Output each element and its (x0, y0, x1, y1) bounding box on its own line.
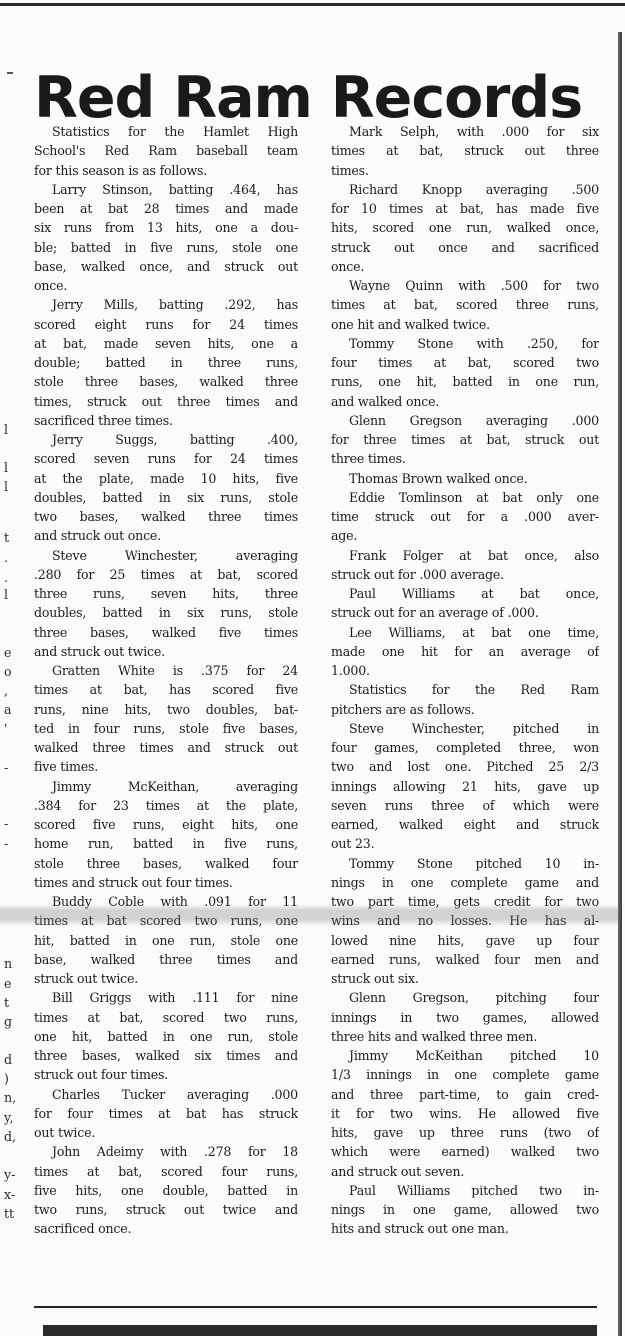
text-line: Paul Williams pitched two in- (331, 1181, 599, 1200)
text-line: .384 for 23 times at the plate, (34, 796, 298, 815)
edge-fragment: e (4, 643, 11, 662)
edge-fragment: ' (4, 719, 7, 738)
text-line: two runs, struck out twice and (34, 1200, 298, 1219)
text-line: struck out for an average of .000. (331, 603, 599, 622)
paragraph: Tommy Stone with .250, forfour times at … (331, 334, 599, 411)
edge-fragment: d, (4, 1127, 16, 1146)
text-line: and struck out seven. (331, 1162, 599, 1181)
paragraph: Frank Folger at bat once, alsostruck out… (331, 546, 599, 585)
text-line: Charles Tucker averaging .000 (34, 1085, 298, 1104)
text-line: struck out for .000 average. (331, 565, 599, 584)
edge-fragment: n, (4, 1088, 16, 1107)
text-line: times at bat, scored two runs, (34, 1008, 298, 1027)
text-line: one hit, batted in one run, stole (34, 1027, 298, 1046)
paragraph: Statistics for the Hamlet HighSchool's R… (34, 122, 298, 180)
text-line: base, walked once, and struck out (34, 257, 298, 276)
text-line: walked three times and struck out (34, 738, 298, 757)
text-line: out 23. (331, 834, 599, 853)
text-line: times, struck out three times and (34, 392, 298, 411)
text-line: sacrificed three times. (34, 411, 298, 430)
text-line: at the plate, made 10 hits, five (34, 469, 298, 488)
text-line: runs, nine hits, two doubles, bat- (34, 700, 298, 719)
text-line: earned, walked eight and struck (331, 815, 599, 834)
text-line: lowed nine hits, gave up four (331, 931, 599, 950)
edge-fragment: - (4, 758, 8, 777)
text-line: hits, scored one run, walked once, (331, 218, 599, 237)
edge-fragment: tt (4, 1204, 14, 1223)
text-line: out twice. (34, 1123, 298, 1142)
text-line: Paul Williams at bat once, (331, 584, 599, 603)
paragraph: Tommy Stone pitched 10 in-nings in one c… (331, 854, 599, 989)
text-line: for 10 times at bat, has made five (331, 199, 599, 218)
text-line: John Adeimy with .278 for 18 (34, 1142, 298, 1161)
paragraph: Thomas Brown walked once. (331, 469, 599, 488)
text-line: one hit and walked twice. (331, 315, 599, 334)
text-line: nings in one game, allowed two (331, 1200, 599, 1219)
text-line: three runs, seven hits, three (34, 584, 298, 603)
text-line: wins and no losses. He has al- (331, 911, 599, 930)
text-line: Statistics for the Hamlet High (34, 122, 298, 141)
paragraph: John Adeimy with .278 for 18times at bat… (34, 1142, 298, 1238)
text-line: four times at bat, scored two (331, 353, 599, 372)
edge-fragment: - (4, 834, 8, 853)
text-line: Jimmy McKeithan pitched 10 (331, 1046, 599, 1065)
text-line: Steve Winchester, pitched in (331, 719, 599, 738)
text-line: Steve Winchester, averaging (34, 546, 298, 565)
text-line: Richard Knopp averaging .500 (331, 180, 599, 199)
text-line: Jerry Mills, batting .292, has (34, 295, 298, 314)
text-line: Frank Folger at bat once, also (331, 546, 599, 565)
text-line: home run, batted in five runs, (34, 834, 298, 853)
text-line: hit, batted in one run, stole one (34, 931, 298, 950)
text-line: for three times at bat, struck out (331, 430, 599, 449)
text-line: for four times at bat has struck (34, 1104, 298, 1123)
edge-fragment: l (4, 585, 8, 604)
text-line: Mark Selph, with .000 for six (331, 122, 599, 141)
text-line: three bases, walked six times and (34, 1046, 298, 1065)
text-line: once. (331, 257, 599, 276)
text-line: sacrificed once. (34, 1219, 298, 1238)
edge-fragment: . (4, 548, 8, 567)
text-line: Statistics for the Red Ram (331, 680, 599, 699)
text-line: nings in one complete game and (331, 873, 599, 892)
column-divider-rule (618, 32, 622, 1336)
edge-fragment: l (4, 420, 8, 439)
edge-fragment: x- (4, 1185, 15, 1204)
paragraph: Charles Tucker averaging .000for four ti… (34, 1085, 298, 1143)
text-line: ble; batted in five runs, stole one (34, 238, 298, 257)
text-line: Glenn Gregson, pitching four (331, 988, 599, 1007)
text-line: for this season is as follows. (34, 161, 298, 180)
text-line: School's Red Ram baseball team (34, 141, 298, 160)
edge-fragment: a (4, 700, 12, 719)
text-line: doubles, batted in six runs, stole (34, 488, 298, 507)
edge-fragment: t (4, 993, 9, 1012)
paragraph: Larry Stinson, batting .464, hasbeen at … (34, 180, 298, 296)
paragraph: Lee Williams, at bat one time,made one h… (331, 623, 599, 681)
text-line: Wayne Quinn with .500 for two (331, 276, 599, 295)
edge-fragment: g (4, 1012, 12, 1031)
text-line: three bases, walked five times (34, 623, 298, 642)
edge-fragment: - (4, 814, 8, 833)
edge-fragment: , (4, 681, 8, 700)
text-line: times. (331, 161, 599, 180)
text-line: age. (331, 526, 599, 545)
edge-fragment: e (4, 974, 11, 993)
text-line: earned runs, walked four men and (331, 950, 599, 969)
text-line: three hits and walked three men. (331, 1027, 599, 1046)
paragraph: Buddy Coble with .091 for 11times at bat… (34, 892, 298, 988)
text-line: 1/3 innings in one complete game (331, 1065, 599, 1084)
next-article-bar (43, 1325, 597, 1336)
text-line: Eddie Tomlinson at bat only one (331, 488, 599, 507)
text-line: three times. (331, 449, 599, 468)
article-column-right: Mark Selph, with .000 for sixtimes at ba… (331, 122, 599, 1239)
edge-fragment: l (4, 458, 8, 477)
text-line: double; batted in three runs, (34, 353, 298, 372)
text-line: at bat, made seven hits, one a (34, 334, 298, 353)
paragraph: Richard Knopp averaging .500for 10 times… (331, 180, 599, 276)
edge-fragment: l (4, 477, 8, 496)
paragraph: Mark Selph, with .000 for sixtimes at ba… (331, 122, 599, 180)
text-line: five hits, one double, batted in (34, 1181, 298, 1200)
top-rule (0, 3, 625, 6)
text-line: doubles, batted in six runs, stole (34, 603, 298, 622)
text-line: and struck out once. (34, 526, 298, 545)
text-line: runs, one hit, batted in one run, (331, 372, 599, 391)
article-column-left: Statistics for the Hamlet HighSchool's R… (34, 122, 298, 1239)
paragraph: Bill Griggs with .111 for ninetimes at b… (34, 988, 298, 1084)
text-line: and walked once. (331, 392, 599, 411)
text-line: 1.000. (331, 661, 599, 680)
text-line: base, walked three times and (34, 950, 298, 969)
text-line: Larry Stinson, batting .464, has (34, 180, 298, 199)
paragraph: Glenn Gregson averaging .000for three ti… (331, 411, 599, 469)
text-line: six runs from 13 hits, one a dou- (34, 218, 298, 237)
text-line: struck out six. (331, 969, 599, 988)
text-line: two and lost one. Pitched 25 2/3 (331, 757, 599, 776)
text-line: innings in two games, allowed (331, 1008, 599, 1027)
text-line: it for two wins. He allowed five (331, 1104, 599, 1123)
edge-fragment: ) (4, 1069, 9, 1088)
text-line: Jerry Suggs, batting .400, (34, 430, 298, 449)
text-line: Gratten White is .375 for 24 (34, 661, 298, 680)
text-line: innings allowing 21 hits, gave up (331, 777, 599, 796)
text-line: struck out twice. (34, 969, 298, 988)
text-line: made one hit for an average of (331, 642, 599, 661)
text-line: four games, completed three, won (331, 738, 599, 757)
text-line: times at bat, scored four runs, (34, 1162, 298, 1181)
adjacent-column-fragments: lllt..leo,a'---netgd)n,y,d,y-x-tt (0, 0, 22, 1336)
bottom-rule (34, 1306, 597, 1308)
text-line: Lee Williams, at bat one time, (331, 623, 599, 642)
paragraph: Gratten White is .375 for 24times at bat… (34, 661, 298, 777)
text-line: Tommy Stone with .250, for (331, 334, 599, 353)
paragraph: Statistics for the Red Rampitchers are a… (331, 680, 599, 719)
text-line: which were earned) walked two (331, 1142, 599, 1161)
paragraph: Paul Williams pitched two in-nings in on… (331, 1181, 599, 1239)
text-line: hits, gave up three runs (two of (331, 1123, 599, 1142)
paragraph: Eddie Tomlinson at bat only onetime stru… (331, 488, 599, 546)
paragraph: Wayne Quinn with .500 for twotimes at ba… (331, 276, 599, 334)
text-line: times at bat, has scored five (34, 680, 298, 699)
text-line: hits and struck out one man. (331, 1219, 599, 1238)
text-line: Bill Griggs with .111 for nine (34, 988, 298, 1007)
edge-fragment: d (4, 1050, 12, 1069)
paragraph: Jerry Suggs, batting .400,scored seven r… (34, 430, 298, 546)
paragraph: Jimmy McKeithan, averaging.384 for 23 ti… (34, 777, 298, 893)
text-line: and three part-time, to gain cred- (331, 1085, 599, 1104)
paragraph: Glenn Gregson, pitching fourinnings in t… (331, 988, 599, 1046)
text-line: Tommy Stone pitched 10 in- (331, 854, 599, 873)
text-line: stole three bases, walked three (34, 372, 298, 391)
text-line: times at bat scored two runs, one (34, 911, 298, 930)
text-line: once. (34, 276, 298, 295)
text-line: five times. (34, 757, 298, 776)
paragraph: Jerry Mills, batting .292, hasscored eig… (34, 295, 298, 430)
text-line: times and struck out four times. (34, 873, 298, 892)
text-line: and struck out twice. (34, 642, 298, 661)
text-line: Thomas Brown walked once. (331, 469, 599, 488)
text-line: been at bat 28 times and made (34, 199, 298, 218)
edge-fragment: y- (4, 1165, 15, 1184)
text-line: two part time, gets credit for two (331, 892, 599, 911)
edge-fragment: t (4, 528, 9, 547)
text-line: Buddy Coble with .091 for 11 (34, 892, 298, 911)
text-line: time struck out for a .000 aver- (331, 507, 599, 526)
text-line: stole three bases, walked four (34, 854, 298, 873)
text-line: struck out four times. (34, 1065, 298, 1084)
paragraph: Steve Winchester, averaging.280 for 25 t… (34, 546, 298, 662)
text-line: times at bat, scored three runs, (331, 295, 599, 314)
text-line: ted in four runs, stole five bases, (34, 719, 298, 738)
text-line: pitchers are as follows. (331, 700, 599, 719)
paragraph: Paul Williams at bat once,struck out for… (331, 584, 599, 623)
text-line: Glenn Gregson averaging .000 (331, 411, 599, 430)
edge-fragment: o (4, 662, 12, 681)
text-line: scored seven runs for 24 times (34, 449, 298, 468)
edge-fragment: y, (4, 1108, 13, 1127)
text-line: scored eight runs for 24 times (34, 315, 298, 334)
paragraph: Jimmy McKeithan pitched 101/3 innings in… (331, 1046, 599, 1181)
text-line: scored five runs, eight hits, one (34, 815, 298, 834)
text-line: .280 for 25 times at bat, scored (34, 565, 298, 584)
text-line: struck out once and sacrificed (331, 238, 599, 257)
text-line: two bases, walked three times (34, 507, 298, 526)
text-line: times at bat, struck out three (331, 141, 599, 160)
text-line: seven runs three of which were (331, 796, 599, 815)
paragraph: Steve Winchester, pitched infour games, … (331, 719, 599, 854)
edge-fragment: n (4, 954, 12, 973)
text-line: Jimmy McKeithan, averaging (34, 777, 298, 796)
